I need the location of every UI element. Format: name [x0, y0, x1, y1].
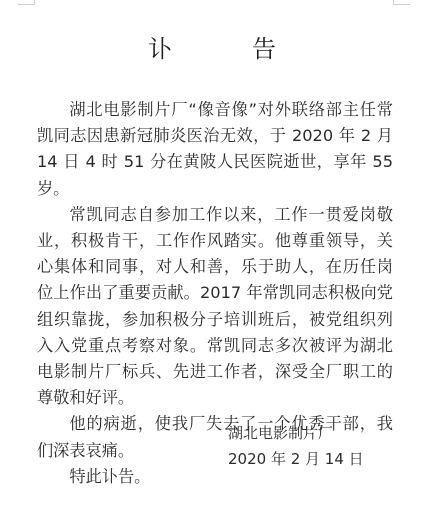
- document-body: 湖北电影制片厂“像音像”对外联络部主任常凯同志因患新冠肺炎医治无效，于 2020…: [37, 97, 393, 490]
- paragraph-biography: 常凯同志自参加工作以来，工作一贯爱岗敬业，积极肯干，工作作风踏实。他尊重领导，关…: [37, 202, 393, 412]
- document-title: 讣 告: [0, 34, 424, 64]
- signature-organization: 湖北电影制片厂: [228, 423, 333, 443]
- page-corner-mark-top-right: [393, 0, 410, 5]
- paragraph-announcement: 湖北电影制片厂“像音像”对外联络部主任常凯同志因患新冠肺炎医治无效，于 2020…: [37, 97, 393, 202]
- signature-date: 2020 年 2 月 14 日: [228, 449, 364, 469]
- page-corner-mark-top-left: [18, 0, 35, 5]
